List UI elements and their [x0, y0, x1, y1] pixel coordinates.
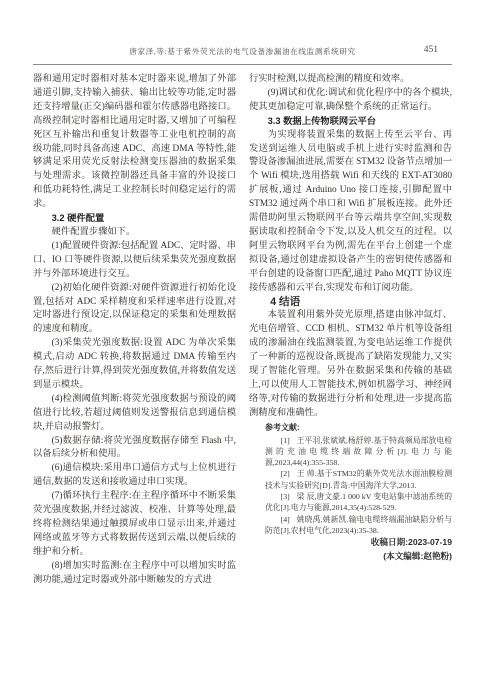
paragraph-conclusion: 本装置利用紫外荧光原理,搭建由脉冲氙灯、光电倍增管、CCD 相机、STM32 单… [249, 309, 452, 420]
editor-note: (本文编辑:赵艳粉) [249, 550, 452, 564]
reference-text: 王平羽,张斌斌,杨舒婷.基于特高频局部放电检测的充油电缆终端故障分析[J].电力… [265, 436, 452, 468]
paragraph-step-3: (3)采集荧光强度数据:设置 ADC 为单次采集模式,启动 ADC 转换,将数据… [33, 337, 236, 393]
reference-item: [1]王平羽,张斌斌,杨舒婷.基于特高频局部放电检测的充油电缆终端故障分析[J]… [249, 435, 452, 469]
reference-number: [2] [281, 468, 293, 479]
paragraph: 硬件配置步骤如下。 [33, 226, 236, 240]
running-title: 唐家泽,等:基于紫外荧光法的电气设备渗漏油在线监测系统研究 [33, 46, 452, 57]
paragraph-step-1: (1)配置硬件资源:包括配置 ADC、定时器、串口、IO 口等硬件资源,以便后续… [33, 240, 236, 282]
reference-item: [3]梁 辰,唐文豪.1 000 kV 变电站集中滤油系统的优化[J].电力与能… [249, 491, 452, 514]
paragraph-step-2: (2)初始化硬件资源:对硬件资源进行初始化设置,包括对 ADC 采样精度和采样速… [33, 282, 236, 338]
paragraph: 为实现将装置采集的数据上传至云平台、再发送到运维人员电脑或手机上进行实时监测和告… [249, 129, 452, 296]
right-column: 行实时检测,以提高检测的精度和效率。 (9)调试和优化:调试和优化程序中的各个模… [249, 73, 452, 588]
section-heading-4: 4 结语 [249, 296, 452, 310]
two-column-body: 器和通用定时器相对基本定时器来说,增加了外部通道引脚,支持输入捕获、输出比较等功… [33, 73, 452, 588]
reference-number: [1] [281, 435, 293, 446]
paragraph-step-6: (6)通信模块:采用串口通信方式与上位机进行通信,数据的发送和接收通过串口实现。 [33, 462, 236, 490]
paragraph-step-8: (8)增加实时监测:在主程序中可以增加实时监测功能,通过定时器或外部中断触发的方… [33, 560, 236, 588]
paragraph-step-7: (7)循环执行主程序:在主程序循环中不断采集荧光强度数据,并经过滤波、校准、计算… [33, 490, 236, 560]
left-column: 器和通用定时器相对基本定时器来说,增加了外部通道引脚,支持输入捕获、输出比较等功… [33, 73, 236, 588]
running-header: 唐家泽,等:基于紫外荧光法的电气设备渗漏油在线监测系统研究 451 [33, 46, 452, 65]
reference-number: [3] [281, 491, 293, 502]
references-label: 参考文献: [249, 421, 452, 435]
subheading-3-2: 3.2 硬件配置 [33, 212, 236, 226]
reference-item: [4]姚晓禹,姚新凯.输电电缆终端漏油缺陷分析与防范[J].农村电气化,2023… [249, 514, 452, 537]
paragraph-step-5: (5)数据存储:将荧光强度数据存储至 Flash 中,以备后续分析和使用。 [33, 435, 236, 463]
received-date: 收稿日期:2023-07-19 [249, 536, 452, 550]
paper-page: 唐家泽,等:基于紫外荧光法的电气设备渗漏油在线监测系统研究 451 器和通用定时… [0, 0, 480, 673]
page-number: 451 [424, 45, 438, 55]
reference-text: 姚晓禹,姚新凯.输电电缆终端漏油缺陷分析与防范[J].农村电气化,2023(4)… [265, 515, 452, 535]
reference-item: [2]王 帅.基于STM32的紫外荧光法水面油膜检测技术与实验研究[D].青岛:… [249, 468, 452, 491]
reference-text: 王 帅.基于STM32的紫外荧光法水面油膜检测技术与实验研究[D].青岛:中国海… [265, 469, 452, 489]
subheading-3-3: 3.3 数据上传物联网云平台 [249, 115, 452, 129]
reference-text: 梁 辰,唐文豪.1 000 kV 变电站集中滤油系统的优化[J].电力与能源,2… [265, 492, 452, 512]
paragraph-continued: 行实时检测,以提高检测的精度和效率。 [249, 73, 452, 87]
paragraph-step-9: (9)调试和优化:调试和优化程序中的各个模块,使其更加稳定可靠,确保整个系统的正… [249, 87, 452, 115]
paragraph-continued: 器和通用定时器相对基本定时器来说,增加了外部通道引脚,支持输入捕获、输出比较等功… [33, 73, 236, 212]
paragraph-step-4: (4)检测阈值判断:将荧光强度数据与预设的阈值进行比较,若超过阈值则发送警报信息… [33, 393, 236, 435]
reference-number: [4] [281, 514, 293, 525]
